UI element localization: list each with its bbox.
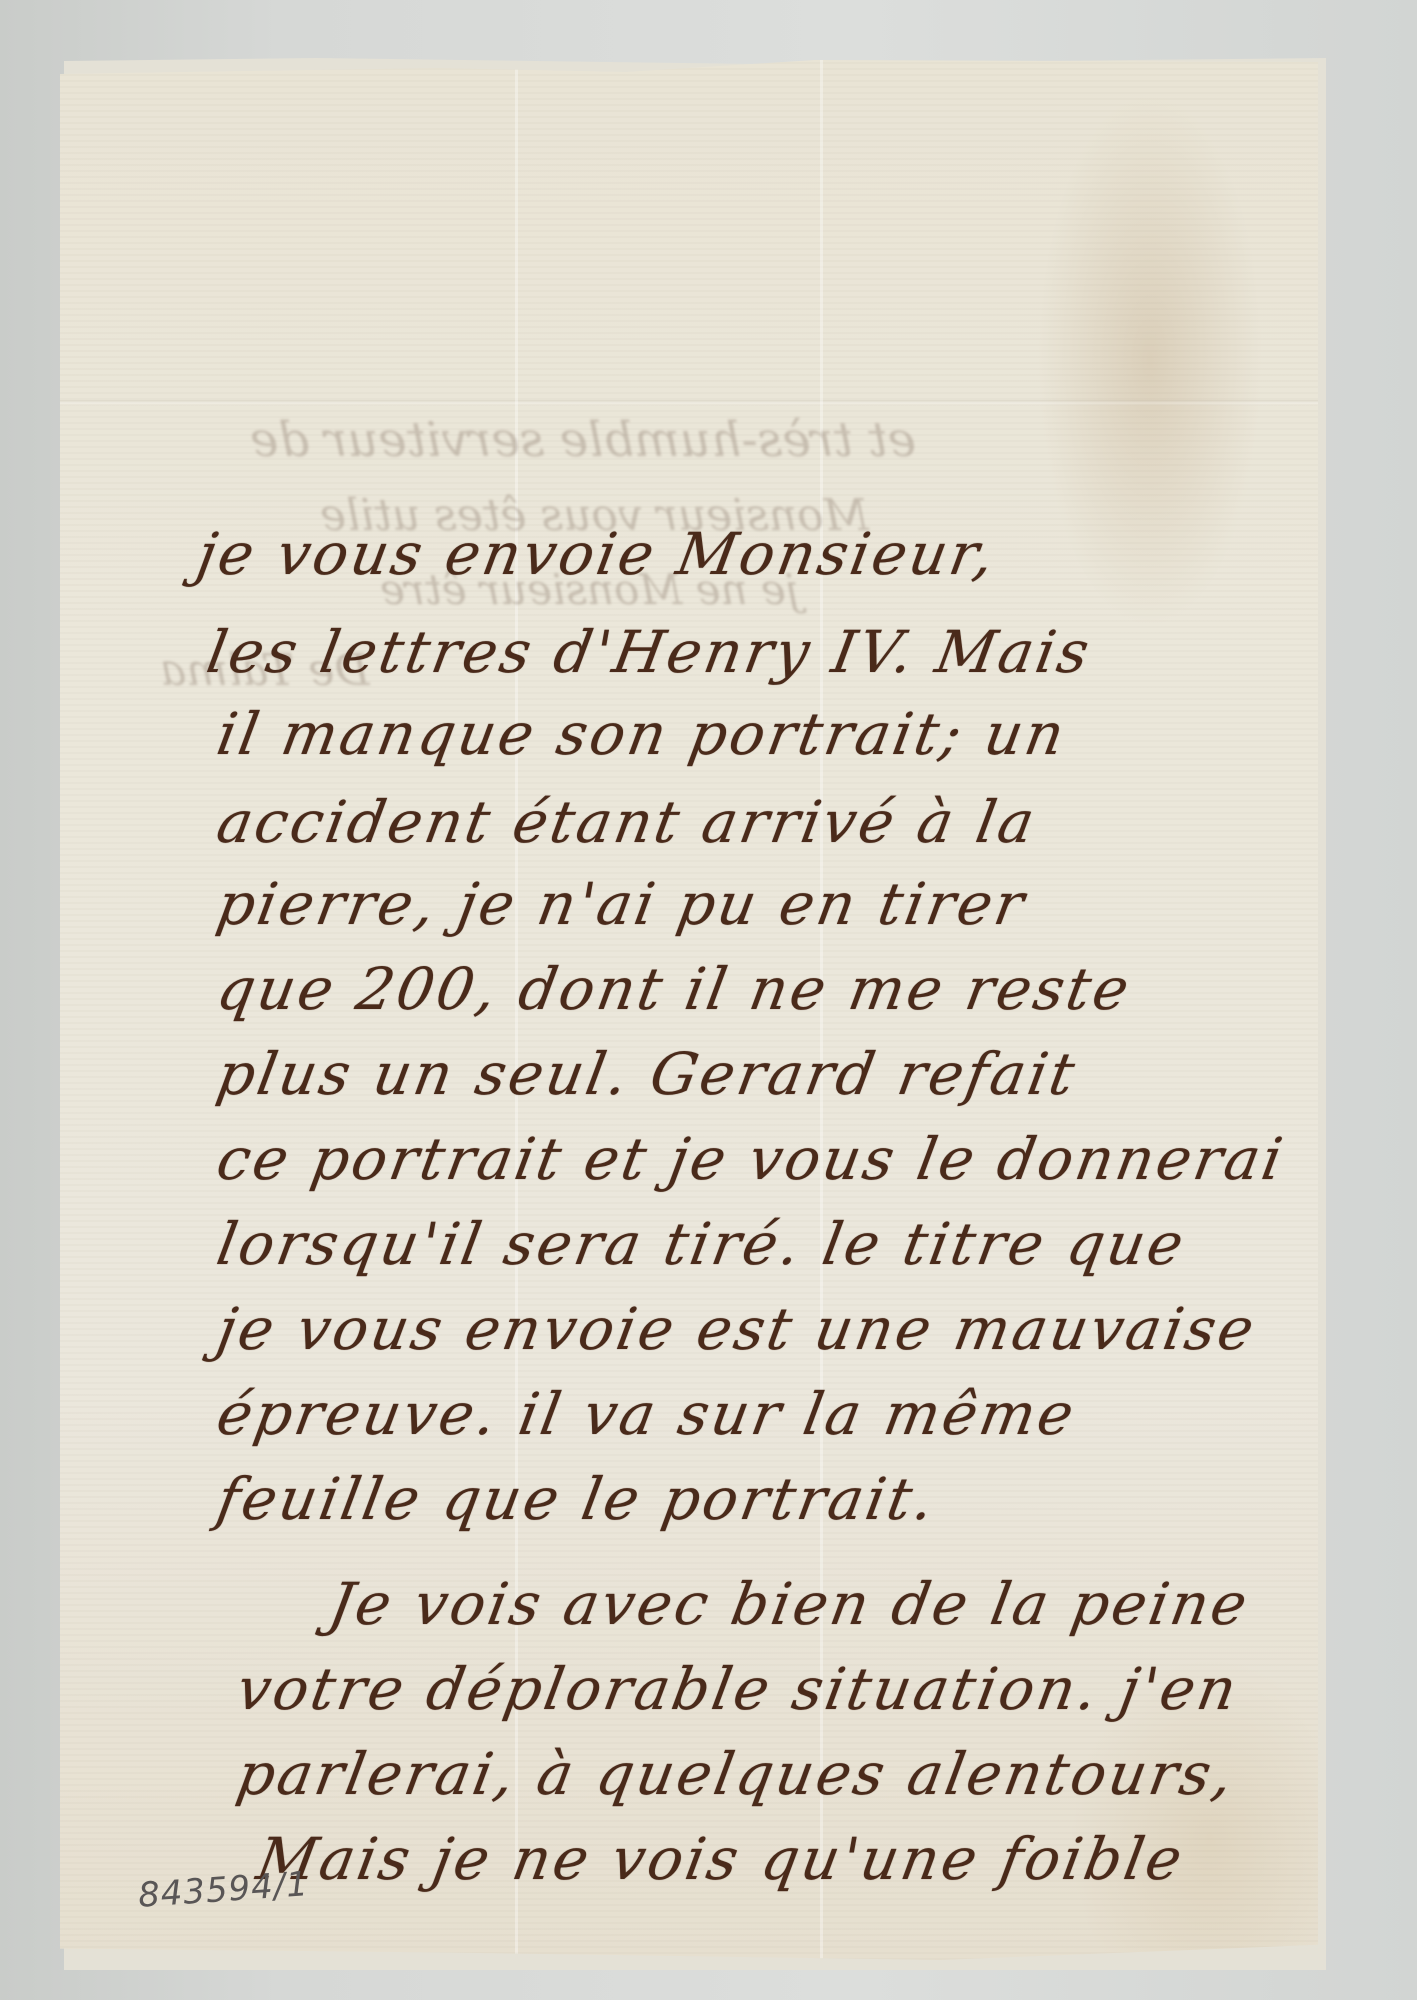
letter-line: épreuve. il va sur la même xyxy=(212,1380,1082,1448)
letter-line: votre déplorable situation. j'en xyxy=(232,1655,1244,1723)
letter-line: les lettres d'Henry IV. Mais xyxy=(202,618,1097,686)
letter-line: ce portrait et je vous le donnerai xyxy=(212,1125,1290,1193)
letter-line: il manque son portrait; un xyxy=(212,700,1072,768)
letter-line: je vous envoie Monsieur, xyxy=(192,520,1002,588)
letter-line: pierre, je n'ai pu en tirer xyxy=(212,870,1032,938)
letter-line: plus un seul. Gerard refait xyxy=(212,1040,1082,1108)
letter-line: parlerai, à quelques alentours, xyxy=(232,1740,1241,1808)
letter-line: Mais je ne vois qu'une foible xyxy=(252,1825,1190,1893)
letter-line: Je vois avec bien de la peine xyxy=(324,1570,1255,1638)
letter-line: que 200, dont il ne me reste xyxy=(212,955,1137,1023)
letter-line: feuille que le portrait. xyxy=(212,1465,942,1533)
letter-line: lorsqu'il sera tiré. le titre que xyxy=(212,1210,1191,1278)
letter-line: accident étant arrivé à la xyxy=(212,788,1042,856)
letter-line: je vous envoie est une mauvaise xyxy=(212,1295,1262,1363)
paper-fold xyxy=(60,400,1318,406)
bleed-through-text: et très-humble serviteur de xyxy=(250,412,916,468)
